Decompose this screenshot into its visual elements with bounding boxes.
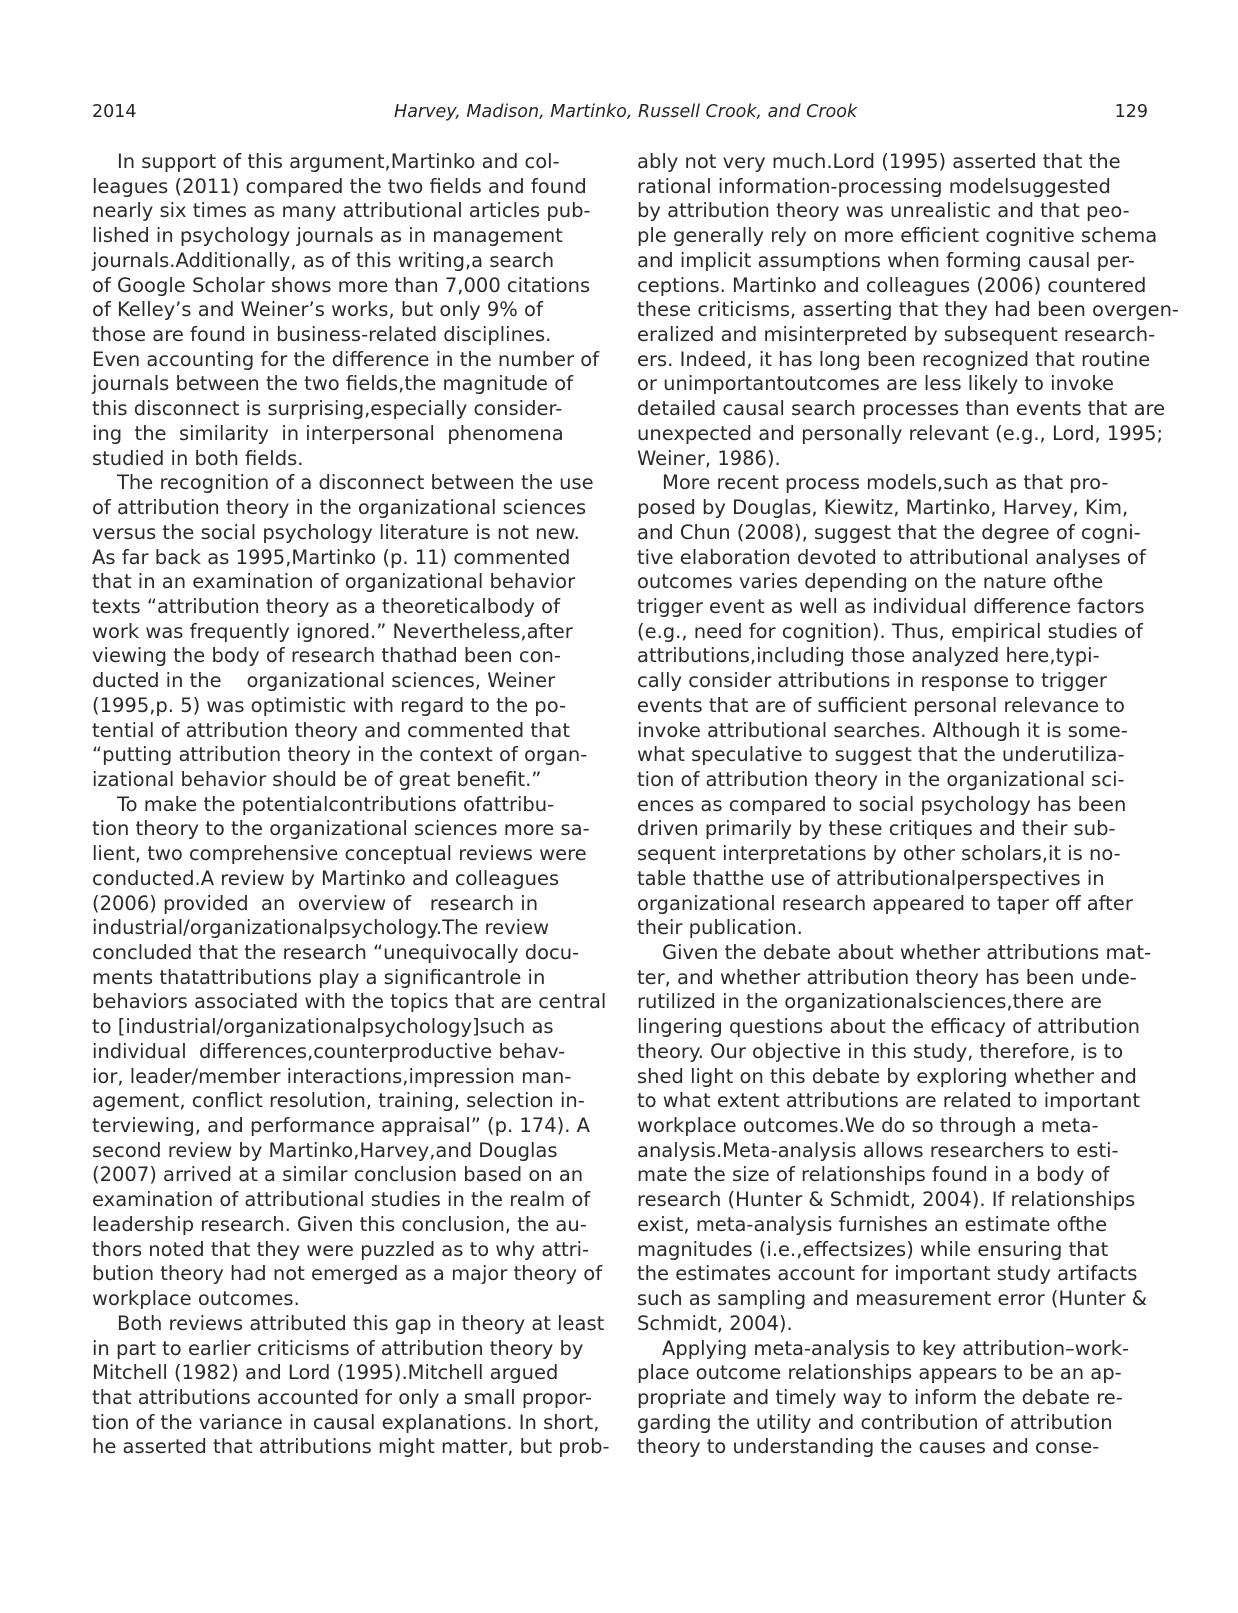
- text-line: posed by Douglas, Kiewitz, Martinko, Har…: [637, 496, 1205, 521]
- text-line: tion theory to the organizational scienc…: [92, 817, 615, 842]
- text-line: of Kelley’s and Weiner’s works, but only…: [92, 298, 615, 323]
- text-line: events that are of sufficient personal r…: [637, 694, 1205, 719]
- text-line: of Google Scholar shows more than 7,000 …: [92, 274, 615, 299]
- text-line: ing the similarity in interpersonal phen…: [92, 422, 615, 447]
- text-line: or unimportantoutcomes are less likely t…: [637, 372, 1205, 397]
- text-line: concluded that the research “unequivocal…: [92, 941, 615, 966]
- text-line: rutilized in the organizationalsciences,…: [637, 990, 1205, 1015]
- text-line: workplace outcomes.We do so through a me…: [637, 1114, 1205, 1139]
- text-line: studied in both fields.: [92, 447, 615, 472]
- text-line: analysis.Meta-analysis allows researcher…: [637, 1139, 1205, 1164]
- text-line: sequent interpretations by other scholar…: [637, 842, 1205, 867]
- paper-page: 2014 Harvey, Madison, Martinko, Russell …: [0, 0, 1238, 1613]
- text-line: Weiner, 1986).: [637, 447, 1205, 472]
- text-line: Even accounting for the difference in th…: [92, 348, 615, 373]
- text-line: To make the potentialcontributions ofatt…: [92, 793, 615, 818]
- text-line: ple generally rely on more efficient cog…: [637, 224, 1205, 249]
- text-line: industrial/organizationalpsychology.The …: [92, 916, 615, 941]
- text-line: (2007) arrived at a similar conclusion b…: [92, 1163, 615, 1188]
- text-line: and implicit assumptions when forming ca…: [637, 249, 1205, 274]
- text-line: terviewing, and performance appraisal” (…: [92, 1114, 615, 1139]
- text-line: examination of attributional studies in …: [92, 1188, 615, 1213]
- text-line: The recognition of a disconnect between …: [92, 471, 615, 496]
- text-line: to what extent attributions are related …: [637, 1089, 1205, 1114]
- text-line: conducted.A review by Martinko and colle…: [92, 867, 615, 892]
- text-line: Applying meta-analysis to key attributio…: [637, 1337, 1205, 1362]
- text-line: bution theory had not emerged as a major…: [92, 1262, 615, 1287]
- text-line: and Chun (2008), suggest that the degree…: [637, 521, 1205, 546]
- text-line: theory to understanding the causes and c…: [637, 1435, 1205, 1460]
- text-line: viewing the body of research thathad bee…: [92, 644, 615, 669]
- text-line: lient, two comprehensive conceptual revi…: [92, 842, 615, 867]
- text-line: these criticisms, asserting that they ha…: [637, 298, 1205, 323]
- text-line: workplace outcomes.: [92, 1287, 615, 1312]
- page-header: 2014 Harvey, Madison, Martinko, Russell …: [92, 101, 1148, 123]
- text-line: unexpected and personally relevant (e.g.…: [637, 422, 1205, 447]
- text-line: by attribution theory was unrealistic an…: [637, 199, 1205, 224]
- right-column: ably not very much.Lord (1995) asserted …: [637, 150, 1205, 1460]
- text-line: behaviors associated with the topics tha…: [92, 990, 615, 1015]
- text-line: In support of this argument,Martinko and…: [92, 150, 615, 175]
- text-line: this disconnect is surprising,especially…: [92, 397, 615, 422]
- text-line: journals.Additionally, as of this writin…: [92, 249, 615, 274]
- text-line: of attribution theory in the organizatio…: [92, 496, 615, 521]
- text-line: Schmidt, 2004).: [637, 1312, 1205, 1337]
- text-line: theory. Our objective in this study, the…: [637, 1040, 1205, 1065]
- text-line: invoke attributional searches. Although …: [637, 719, 1205, 744]
- text-line: outcomes varies depending on the nature …: [637, 570, 1205, 595]
- text-line: exist, meta-analysis furnishes an estima…: [637, 1213, 1205, 1238]
- text-line: detailed causal search processes than ev…: [637, 397, 1205, 422]
- text-line: tion of the variance in causal explanati…: [92, 1411, 615, 1436]
- text-line: lished in psychology journals as in mana…: [92, 224, 615, 249]
- text-line: trigger event as well as individual diff…: [637, 595, 1205, 620]
- text-line: attributions,including those analyzed he…: [637, 644, 1205, 669]
- text-line: thors noted that they were puzzled as to…: [92, 1238, 615, 1263]
- text-line: nearly six times as many attributional a…: [92, 199, 615, 224]
- publication-year: 2014: [92, 101, 137, 123]
- text-line: leagues (2011) compared the two fields a…: [92, 175, 615, 200]
- text-line: ter, and whether attribution theory has …: [637, 966, 1205, 991]
- text-line: ments thatattributions play a significan…: [92, 966, 615, 991]
- text-line: ceptions. Martinko and colleagues (2006)…: [637, 274, 1205, 299]
- article-body: In support of this argument,Martinko and…: [92, 150, 1205, 1460]
- text-line: those are found in business-related disc…: [92, 323, 615, 348]
- text-line: tential of attribution theory and commen…: [92, 719, 615, 744]
- text-line: work was frequently ignored.” Neverthele…: [92, 620, 615, 645]
- text-line: individual differences,counterproductive…: [92, 1040, 615, 1065]
- text-line: their publication.: [637, 916, 1205, 941]
- text-line: such as sampling and measurement error (…: [637, 1287, 1205, 1312]
- text-line: place outcome relationships appears to b…: [637, 1361, 1205, 1386]
- text-line: journals between the two fields,the magn…: [92, 372, 615, 397]
- text-line: rational information-processing modelsug…: [637, 175, 1205, 200]
- text-line: ior, leader/member interactions,impressi…: [92, 1065, 615, 1090]
- text-line: propriate and timely way to inform the d…: [637, 1386, 1205, 1411]
- text-line: More recent process models,such as that …: [637, 471, 1205, 496]
- text-line: ducted in the organizational sciences, W…: [92, 669, 615, 694]
- text-line: tion of attribution theory in the organi…: [637, 768, 1205, 793]
- text-line: eralized and misinterpreted by subsequen…: [637, 323, 1205, 348]
- text-line: As far back as 1995,Martinko (p. 11) com…: [92, 546, 615, 571]
- text-line: texts “attribution theory as a theoretic…: [92, 595, 615, 620]
- text-line: shed light on this debate by exploring w…: [637, 1065, 1205, 1090]
- text-line: leadership research. Given this conclusi…: [92, 1213, 615, 1238]
- text-line: (e.g., need for cognition). Thus, empiri…: [637, 620, 1205, 645]
- text-line: organizational research appeared to tape…: [637, 892, 1205, 917]
- text-line: research (Hunter & Schmidt, 2004). If re…: [637, 1188, 1205, 1213]
- text-line: he asserted that attributions might matt…: [92, 1435, 615, 1460]
- left-column: In support of this argument,Martinko and…: [92, 150, 615, 1460]
- text-line: in part to earlier criticisms of attribu…: [92, 1337, 615, 1362]
- text-line: Mitchell (1982) and Lord (1995).Mitchell…: [92, 1361, 615, 1386]
- text-line: agement, conflict resolution, training, …: [92, 1089, 615, 1114]
- text-line: that attributions accounted for only a s…: [92, 1386, 615, 1411]
- text-line: ences as compared to social psychology h…: [637, 793, 1205, 818]
- text-line: the estimates account for important stud…: [637, 1262, 1205, 1287]
- text-line: ably not very much.Lord (1995) asserted …: [637, 150, 1205, 175]
- text-line: “putting attribution theory in the conte…: [92, 743, 615, 768]
- text-line: driven primarily by these critiques and …: [637, 817, 1205, 842]
- text-line: mate the size of relationships found in …: [637, 1163, 1205, 1188]
- text-line: versus the social psychology literature …: [92, 521, 615, 546]
- text-line: izational behavior should be of great be…: [92, 768, 615, 793]
- text-line: what speculative to suggest that the und…: [637, 743, 1205, 768]
- page-number: 129: [1115, 101, 1148, 123]
- text-line: Given the debate about whether attributi…: [637, 941, 1205, 966]
- text-line: magnitudes (i.e.,effectsizes) while ensu…: [637, 1238, 1205, 1263]
- text-line: cally consider attributions in response …: [637, 669, 1205, 694]
- text-line: ers. Indeed, it has long been recognized…: [637, 348, 1205, 373]
- text-line: that in an examination of organizational…: [92, 570, 615, 595]
- text-line: (1995,p. 5) was optimistic with regard t…: [92, 694, 615, 719]
- text-line: garding the utility and contribution of …: [637, 1411, 1205, 1436]
- text-line: Both reviews attributed this gap in theo…: [92, 1312, 615, 1337]
- text-line: (2006) provided an overview of research …: [92, 892, 615, 917]
- text-line: second review by Martinko,Harvey,and Dou…: [92, 1139, 615, 1164]
- running-title: Harvey, Madison, Martinko, Russell Crook…: [137, 101, 1115, 123]
- text-line: lingering questions about the efficacy o…: [637, 1015, 1205, 1040]
- text-line: to [industrial/organizationalpsychology]…: [92, 1015, 615, 1040]
- text-line: table thatthe use of attributionalperspe…: [637, 867, 1205, 892]
- text-line: tive elaboration devoted to attributiona…: [637, 546, 1205, 571]
